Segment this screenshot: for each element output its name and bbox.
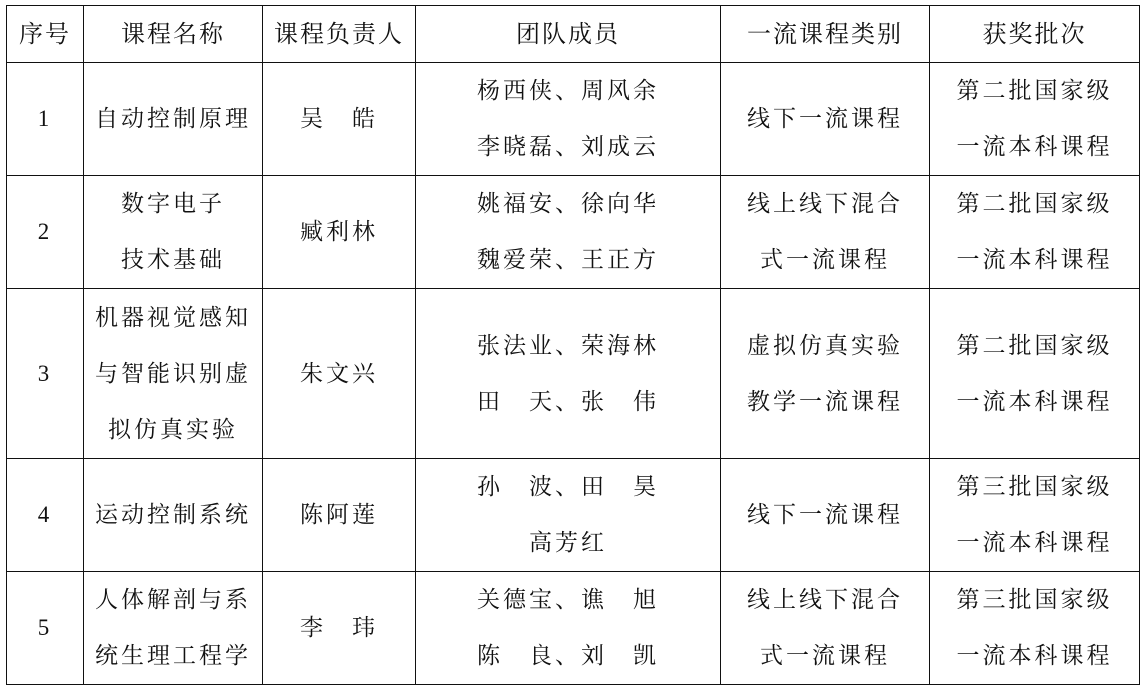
serial-number-cell: 5 bbox=[7, 572, 84, 685]
award-batch-line: 第二批国家级 bbox=[930, 318, 1139, 374]
team-members-cell: 张法业、荣海林 田 天、张 伟 bbox=[416, 289, 721, 459]
table-row: 5 人体解剖与系 统生理工程学 李 玮 关德宝、谯 旭 陈 良、刘 凯 线上线下… bbox=[7, 572, 1140, 685]
course-name-line: 机器视觉感知 bbox=[84, 290, 262, 346]
team-members-line: 高芳红 bbox=[416, 515, 720, 571]
course-leader-cell: 陈阿莲 bbox=[263, 459, 416, 572]
table-row: 4 运动控制系统 陈阿莲 孙 波、田 昊 高芳红 线下一流课程 第三批国家级 一… bbox=[7, 459, 1140, 572]
award-batch-line: 第三批国家级 bbox=[930, 572, 1139, 628]
award-batch-cell: 第二批国家级 一流本科课程 bbox=[930, 289, 1140, 459]
team-members-cell: 姚福安、徐向华 魏爱荣、王正方 bbox=[416, 176, 721, 289]
award-batch-line: 一流本科课程 bbox=[930, 374, 1139, 430]
award-batch-line: 第二批国家级 bbox=[930, 63, 1139, 119]
team-members-cell: 孙 波、田 昊 高芳红 bbox=[416, 459, 721, 572]
course-name-line: 运动控制系统 bbox=[84, 487, 262, 543]
award-batch-cell: 第二批国家级 一流本科课程 bbox=[930, 176, 1140, 289]
award-batch-line: 第三批国家级 bbox=[930, 459, 1139, 515]
award-batch-cell: 第三批国家级 一流本科课程 bbox=[930, 459, 1140, 572]
serial-number-cell: 4 bbox=[7, 459, 84, 572]
team-members-line: 关德宝、谯 旭 bbox=[416, 572, 720, 628]
header-course-name: 课程名称 bbox=[84, 6, 263, 63]
team-members-line: 姚福安、徐向华 bbox=[416, 176, 720, 232]
course-name-line: 与智能识别虚 bbox=[84, 346, 262, 402]
team-members-line: 张法业、荣海林 bbox=[416, 318, 720, 374]
header-course-category: 一流课程类别 bbox=[721, 6, 930, 63]
header-award-batch: 获奖批次 bbox=[930, 6, 1140, 63]
team-members-line: 陈 良、刘 凯 bbox=[416, 628, 720, 684]
award-batch-line: 第二批国家级 bbox=[930, 176, 1139, 232]
course-name-line: 拟仿真实验 bbox=[84, 402, 262, 458]
course-category-line: 线上线下混合 bbox=[721, 572, 929, 628]
header-serial-number: 序号 bbox=[7, 6, 84, 63]
award-batch-line: 一流本科课程 bbox=[930, 119, 1139, 175]
course-category-line: 式一流课程 bbox=[721, 232, 929, 288]
team-members-cell: 关德宝、谯 旭 陈 良、刘 凯 bbox=[416, 572, 721, 685]
course-category-line: 式一流课程 bbox=[721, 628, 929, 684]
course-category-cell: 虚拟仿真实验 教学一流课程 bbox=[721, 289, 930, 459]
course-name-line: 自动控制原理 bbox=[84, 91, 262, 147]
course-category-line: 线下一流课程 bbox=[721, 91, 929, 147]
team-members-line: 魏爱荣、王正方 bbox=[416, 232, 720, 288]
serial-number-cell: 3 bbox=[7, 289, 84, 459]
course-award-table: 序号 课程名称 课程负责人 团队成员 一流课程类别 获奖批次 1 自动控制原理 … bbox=[6, 5, 1140, 685]
course-name-cell: 自动控制原理 bbox=[84, 63, 263, 176]
table-row: 2 数字电子 技术基础 臧利林 姚福安、徐向华 魏爱荣、王正方 线上线下混合 式… bbox=[7, 176, 1140, 289]
course-leader-cell: 朱文兴 bbox=[263, 289, 416, 459]
course-category-cell: 线下一流课程 bbox=[721, 63, 930, 176]
team-members-line: 杨西侠、周风余 bbox=[416, 63, 720, 119]
course-category-line: 线下一流课程 bbox=[721, 487, 929, 543]
header-team-members: 团队成员 bbox=[416, 6, 721, 63]
course-leader-cell: 李 玮 bbox=[263, 572, 416, 685]
course-name-line: 技术基础 bbox=[84, 232, 262, 288]
course-leader-cell: 臧利林 bbox=[263, 176, 416, 289]
award-batch-cell: 第二批国家级 一流本科课程 bbox=[930, 63, 1140, 176]
course-category-cell: 线上线下混合 式一流课程 bbox=[721, 572, 930, 685]
award-batch-line: 一流本科课程 bbox=[930, 232, 1139, 288]
team-members-line: 李晓磊、刘成云 bbox=[416, 119, 720, 175]
course-leader-cell: 吴 皓 bbox=[263, 63, 416, 176]
table-row: 3 机器视觉感知 与智能识别虚 拟仿真实验 朱文兴 张法业、荣海林 田 天、张 … bbox=[7, 289, 1140, 459]
course-name-line: 人体解剖与系 bbox=[84, 572, 262, 628]
course-name-cell: 运动控制系统 bbox=[84, 459, 263, 572]
serial-number-cell: 1 bbox=[7, 63, 84, 176]
serial-number-cell: 2 bbox=[7, 176, 84, 289]
course-category-cell: 线下一流课程 bbox=[721, 459, 930, 572]
course-name-cell: 数字电子 技术基础 bbox=[84, 176, 263, 289]
course-category-line: 线上线下混合 bbox=[721, 176, 929, 232]
course-category-line: 教学一流课程 bbox=[721, 374, 929, 430]
team-members-line: 孙 波、田 昊 bbox=[416, 459, 720, 515]
team-members-line: 田 天、张 伟 bbox=[416, 374, 720, 430]
award-batch-line: 一流本科课程 bbox=[930, 628, 1139, 684]
course-name-cell: 人体解剖与系 统生理工程学 bbox=[84, 572, 263, 685]
course-category-cell: 线上线下混合 式一流课程 bbox=[721, 176, 930, 289]
course-category-line: 虚拟仿真实验 bbox=[721, 318, 929, 374]
course-name-line: 统生理工程学 bbox=[84, 628, 262, 684]
table-header-row: 序号 课程名称 课程负责人 团队成员 一流课程类别 获奖批次 bbox=[7, 6, 1140, 63]
course-name-line: 数字电子 bbox=[84, 176, 262, 232]
table-row: 1 自动控制原理 吴 皓 杨西侠、周风余 李晓磊、刘成云 线下一流课程 第二批国… bbox=[7, 63, 1140, 176]
award-batch-line: 一流本科课程 bbox=[930, 515, 1139, 571]
team-members-cell: 杨西侠、周风余 李晓磊、刘成云 bbox=[416, 63, 721, 176]
course-name-cell: 机器视觉感知 与智能识别虚 拟仿真实验 bbox=[84, 289, 263, 459]
award-batch-cell: 第三批国家级 一流本科课程 bbox=[930, 572, 1140, 685]
header-course-leader: 课程负责人 bbox=[263, 6, 416, 63]
